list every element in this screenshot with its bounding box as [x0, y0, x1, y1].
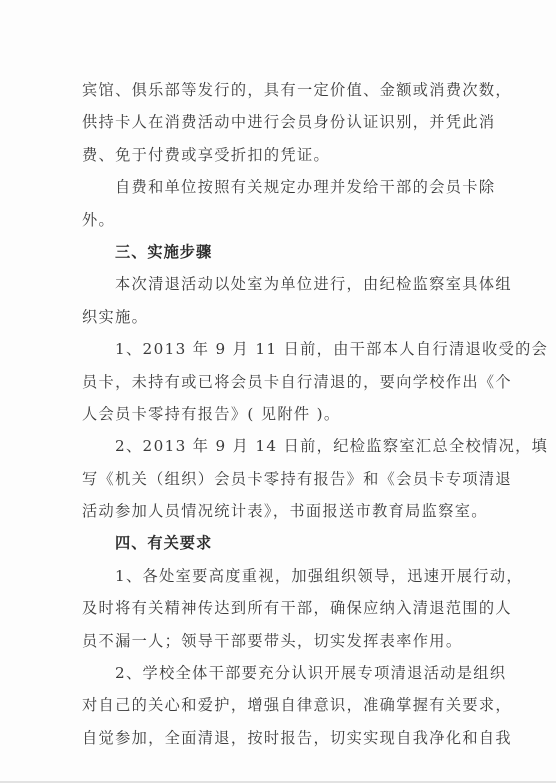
paragraph-requirement-2: 2、学校全体干部要充分认识开展专项清退活动是组织 对自己的关心和爱护，增强自律意… — [82, 657, 474, 754]
heading-text: 四、有关要求 — [82, 527, 474, 559]
paragraph-exclusion: 自费和单位按照有关规定办理并发给干部的会员卡除 外。 — [82, 171, 474, 236]
text-line: 供持卡人在消费活动中进行会员身份认证识别，并凭此消 — [82, 106, 474, 138]
document-page: 宾馆、俱乐部等发行的，具有一定价值、金额或消费次数， 供持卡人在消费活动中进行会… — [0, 0, 556, 783]
paragraph-step-2: 2、2013 年 9 月 14 日前，纪检监察室汇总全校情况，填 写《机关（组织… — [82, 430, 474, 527]
heading-text: 三、实施步骤 — [82, 236, 474, 268]
text-line: 2、2013 年 9 月 14 日前，纪检监察室汇总全校情况，填 — [82, 430, 474, 462]
document-body: 宾馆、俱乐部等发行的，具有一定价值、金额或消费次数， 供持卡人在消费活动中进行会… — [82, 74, 474, 754]
text-line: 人会员卡零持有报告》( 见附件 )。 — [82, 398, 474, 430]
text-line: 写《机关（组织）会员卡零持有报告》和《会员卡专项清退 — [82, 463, 474, 495]
text-line: 自费和单位按照有关规定办理并发给干部的会员卡除 — [82, 171, 474, 203]
text-line: 1、各处室要高度重视，加强组织领导，迅速开展行动， — [82, 560, 474, 592]
text-line: 费、免于付费或享受折扣的凭证。 — [82, 139, 474, 171]
text-line: 宾馆、俱乐部等发行的，具有一定价值、金额或消费次数， — [82, 74, 474, 106]
text-line: 外。 — [82, 204, 474, 236]
text-line: 及时将有关精神传达到所有干部，确保应纳入清退范围的人 — [82, 592, 474, 624]
text-line: 员不漏一人；领导干部要带头，切实发挥表率作用。 — [82, 625, 474, 657]
section-heading-implementation-steps: 三、实施步骤 — [82, 236, 474, 268]
paragraph-organization: 本次清退活动以处室为单位进行，由纪检监察室具体组 织实施。 — [82, 268, 474, 333]
paragraph-step-1: 1、2013 年 9 月 11 日前，由干部本人自行清退收受的会 员卡，未持有或… — [82, 333, 474, 430]
text-line: 对自己的关心和爱护，增强自律意识，准确掌握有关要求， — [82, 689, 474, 721]
text-line: 自觉参加，全面清退，按时报告，切实实现自我净化和自我 — [82, 722, 474, 754]
section-heading-requirements: 四、有关要求 — [82, 527, 474, 559]
text-line: 本次清退活动以处室为单位进行，由纪检监察室具体组 — [82, 268, 474, 300]
paragraph-requirement-1: 1、各处室要高度重视，加强组织领导，迅速开展行动， 及时将有关精神传达到所有干部… — [82, 560, 474, 657]
text-line: 2、学校全体干部要充分认识开展专项清退活动是组织 — [82, 657, 474, 689]
text-line: 织实施。 — [82, 301, 474, 333]
text-line: 活动参加人员情况统计表》，书面报送市教育局监察室。 — [82, 495, 474, 527]
text-line: 员卡，未持有或已将会员卡自行清退的，要向学校作出《个 — [82, 366, 474, 398]
paragraph-card-definition: 宾馆、俱乐部等发行的，具有一定价值、金额或消费次数， 供持卡人在消费活动中进行会… — [82, 74, 474, 171]
text-line: 1、2013 年 9 月 11 日前，由干部本人自行清退收受的会 — [82, 333, 474, 365]
